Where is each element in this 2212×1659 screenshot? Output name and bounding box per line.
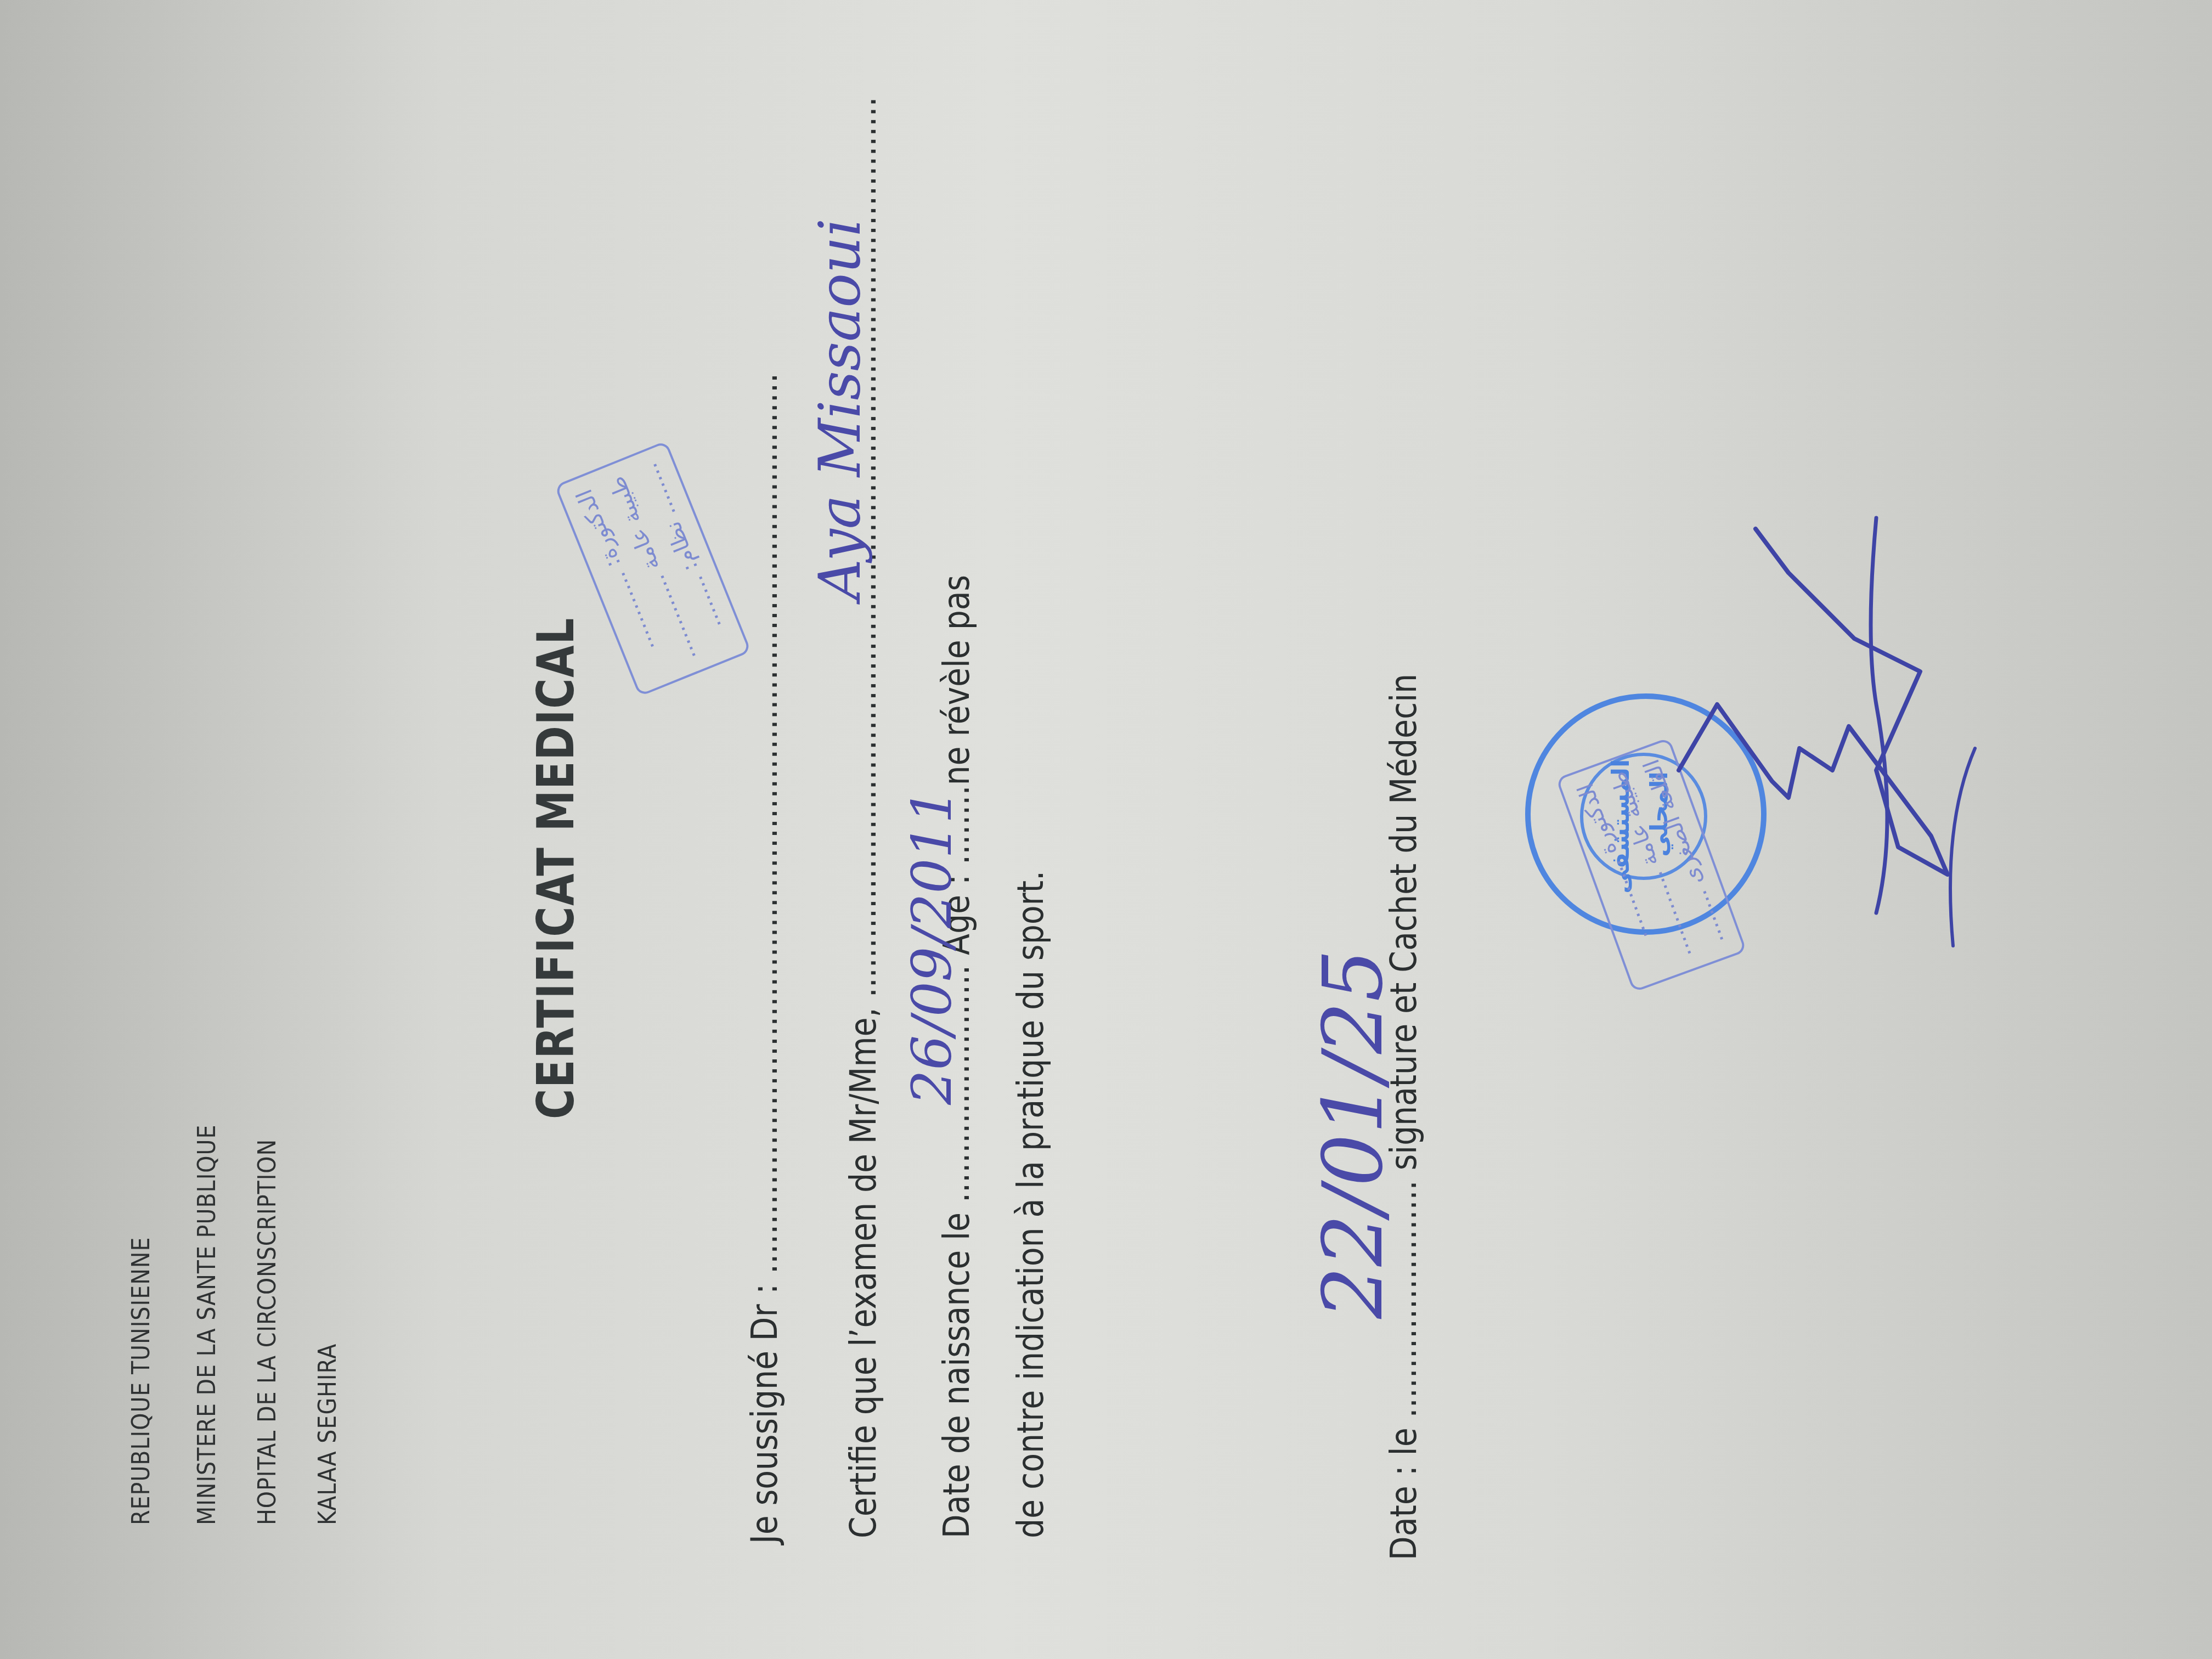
certificate-page: REPUBLIQUE TUNISIENNE MINISTERE DE LA SA… xyxy=(0,0,2212,1659)
birthdate-label: Date de naissance le xyxy=(935,1212,978,1538)
date-label: Date : le xyxy=(1383,1427,1425,1560)
doctor-label: Je soussigné Dr : xyxy=(743,1284,786,1544)
doctor-line: Je soussigné Dr : ......................… xyxy=(743,373,786,1544)
header-republic: REPUBLIQUE TUNISIENNE xyxy=(127,1237,155,1525)
birthdate-handwritten[interactable]: 26/09/2011 xyxy=(900,789,964,1105)
birthdate-dots: ........ xyxy=(935,1124,978,1203)
date-dots: ........ xyxy=(1383,1339,1425,1418)
doctor-signature xyxy=(1591,452,1975,1056)
patient-label: Certifie que l’examen de Mr/Mme, xyxy=(842,1007,884,1538)
date-handwritten[interactable]: 22/01/25 xyxy=(1306,949,1401,1319)
header-hospital: HOPITAL DE LA CIRCONSCRIPTION xyxy=(253,1139,281,1525)
doctor-field[interactable]: ........................................… xyxy=(743,373,786,1274)
document-title: CERTIFICAT MEDICAL xyxy=(527,617,585,1119)
header-ministry: MINISTERE DE LA SANTE PUBLIQUE xyxy=(193,1125,221,1525)
header-city: KALAA SEGHIRA xyxy=(314,1344,342,1525)
age-suffix: ne révèle pas xyxy=(935,575,978,786)
statement-line-2: de contre indication à la pratique du sp… xyxy=(1009,871,1052,1538)
document-photo: REPUBLIQUE TUNISIENNE MINISTERE DE LA SA… xyxy=(0,0,2212,1659)
patient-name-handwritten[interactable]: Aya Missaoui xyxy=(806,218,873,600)
